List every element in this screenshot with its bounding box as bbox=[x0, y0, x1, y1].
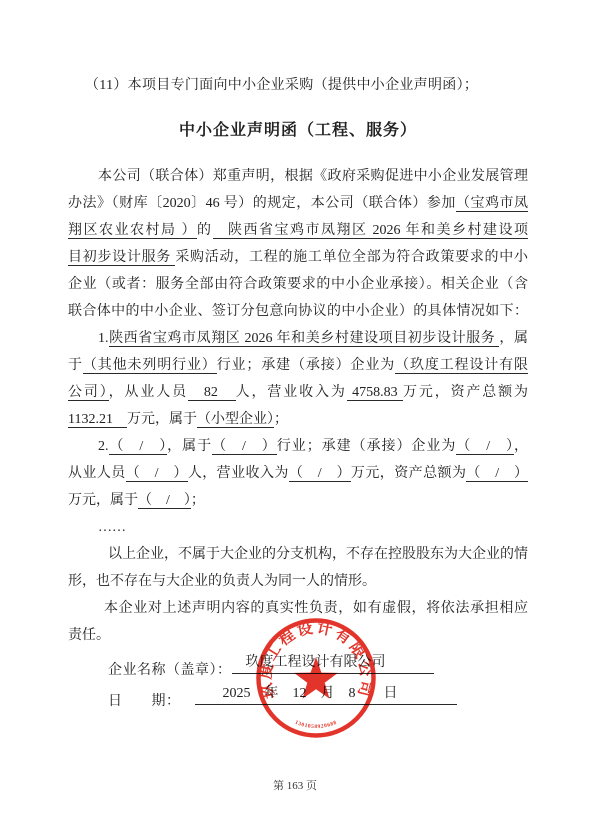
body-line: 办法》（财库〔2020〕46 号）的规定，本公司（联合体）参加（宝鸡市凤 bbox=[68, 190, 528, 217]
text-segment: 万元，资产总额为 bbox=[403, 385, 528, 400]
body-line: 联合体中的中小企业、签订分包意向协议的中小企业）的具体情况如下： bbox=[68, 298, 528, 325]
text-segment: 行业；承建（承接）企业为 bbox=[217, 358, 395, 373]
underlined-segment: 目初步设计服务 bbox=[68, 250, 175, 266]
body-line: 1.陕西省宝鸡市凤翔区 2026 年和美乡村建设项目初步设计服务 ，属 bbox=[68, 325, 528, 352]
text-segment: 的 bbox=[197, 223, 213, 238]
underlined-segment: （玖度工程设计有限 bbox=[395, 358, 528, 374]
date-label: 日 期： bbox=[108, 694, 181, 709]
text-segment: 本公司（联合体）郑重声明，根据《政府采购促进中小企业发展管理 bbox=[98, 169, 528, 184]
underlined-segment: （其他未列明行业） bbox=[83, 358, 217, 374]
underlined-segment: （ / ） bbox=[109, 439, 168, 455]
underlined-segment: 1132.21 bbox=[68, 412, 127, 428]
text-segment: ，从业人员 bbox=[109, 385, 188, 400]
company-name-value: 玖度工程设计有限公司 bbox=[232, 652, 434, 674]
text-segment: 于 bbox=[68, 358, 83, 373]
underlined-segment: （ / ） bbox=[212, 439, 277, 455]
body-line: 翔区农业农村局 ）的 陕西省宝鸡市凤翔区 2026 年和美乡村建设项 bbox=[68, 217, 528, 244]
seal-number: 1301058920688 bbox=[294, 720, 338, 730]
underlined-segment: （ / ） bbox=[289, 466, 351, 482]
body-line: 以上企业，不属于大企业的分支机构，不存在控股股东为大企业的情 bbox=[68, 541, 528, 568]
body-line: 本公司（联合体）郑重声明，根据《政府采购促进中小企业发展管理 bbox=[68, 163, 528, 190]
document-title: 中小企业声明函（工程、服务） bbox=[68, 120, 528, 142]
text-segment: 联合体中的中小企业、签订分包意向协议的中小企业）的具体情况如下： bbox=[68, 304, 528, 319]
underlined-segment: （ / ） bbox=[466, 466, 528, 482]
body-line: 于（其他未列明行业）行业；承建（承接）企业为（玖度工程设计有限 bbox=[68, 352, 528, 379]
text-segment: 万元，属于 bbox=[68, 493, 138, 508]
text-segment: ，属 bbox=[499, 331, 528, 346]
company-name-label: 企业名称（盖章）： bbox=[108, 663, 232, 678]
body-line: …… bbox=[68, 514, 528, 541]
body-line: 万元，属于（ / ）； bbox=[68, 487, 528, 514]
text-segment: ， bbox=[514, 439, 528, 454]
text-segment: …… bbox=[98, 520, 126, 535]
text-segment: ； bbox=[191, 493, 205, 508]
page-number: 第 163 页 bbox=[0, 777, 590, 793]
text-segment: 人，营业收入为 bbox=[188, 466, 289, 481]
text-segment: 1. bbox=[98, 331, 109, 346]
text-segment: 行业；承建（承接）企业为 bbox=[277, 439, 457, 454]
text-segment: 企业（或者：服务全部由符合政策要求的中小企业承接）。相关企业（含 bbox=[68, 277, 528, 292]
text-segment: 人，营业收入为 bbox=[236, 385, 347, 400]
body-lines: 本公司（联合体）郑重声明，根据《政府采购促进中小企业发展管理办法》（财库〔202… bbox=[68, 163, 528, 649]
text-segment: 2. bbox=[98, 439, 109, 454]
body-line: 目初步设计服务 采购活动，工程的施工单位全部为符合政策要求的中小 bbox=[68, 244, 528, 271]
underlined-segment: （小型企业） bbox=[197, 412, 274, 428]
underlined-segment: 翔区农业农村局 ） bbox=[68, 223, 197, 239]
text-segment: 从业人员 bbox=[68, 466, 126, 481]
svg-text:1301058920688: 1301058920688 bbox=[294, 720, 338, 730]
text-segment: ； bbox=[274, 412, 288, 427]
body-line: 1132.21 万元，属于（小型企业）； bbox=[68, 406, 528, 433]
underlined-segment: （ / ） bbox=[126, 466, 188, 482]
text-segment: 办法》（财库〔2020〕46 号）的规定，本公司（联合体）参加 bbox=[68, 196, 456, 211]
text-segment: 形，也不存在与大企业的负责人为同一人的情形。 bbox=[68, 574, 376, 589]
underlined-segment: （宝鸡市凤 bbox=[456, 196, 528, 212]
company-name-row: 企业名称（盖章）： 玖度工程设计有限公司 bbox=[108, 652, 528, 683]
text-segment: 万元，属于 bbox=[127, 412, 197, 427]
underlined-segment: （ / ） bbox=[456, 439, 514, 455]
body-line: 责任。 bbox=[68, 622, 528, 649]
text-segment: 以上企业，不属于大企业的分支机构，不存在控股股东为大企业的情 bbox=[108, 547, 528, 562]
body-line: 本企业对上述声明内容的真实性负责，如有虚假，将依法承担相应 bbox=[68, 595, 528, 622]
text-segment: 采购活动，工程的施工单位全部为符合政策要求的中小 bbox=[175, 250, 528, 265]
underlined-segment: 公司） bbox=[68, 385, 109, 401]
date-value: 2025 年 12 月 8 日 bbox=[195, 683, 457, 705]
text-segment: 本企业对上述声明内容的真实性负责，如有虚假，将依法承担相应 bbox=[104, 601, 528, 616]
body-line: 从业人员（ / ）人，营业收入为（ / ）万元，资产总额为（ / ） bbox=[68, 460, 528, 487]
body-line: 公司），从业人员 82 人，营业收入为 4758.83 万元，资产总额为 bbox=[68, 379, 528, 406]
body-line: 企业（或者：服务全部由符合政策要求的中小企业承接）。相关企业（含 bbox=[68, 271, 528, 298]
body-line: 2.（ / ），属于（ / ）行业；承建（承接）企业为（ / ）， bbox=[68, 433, 528, 460]
underlined-segment: 陕西省宝鸡市凤翔区 2026 年和美乡村建设项 bbox=[213, 223, 529, 239]
intro-line: （11）本项目专门面向中小企业采购（提供中小企业声明函）； bbox=[68, 76, 528, 96]
underlined-segment: （ / ） bbox=[138, 493, 191, 509]
text-segment: 责任。 bbox=[68, 628, 110, 643]
body-line: 形，也不存在与大企业的负责人为同一人的情形。 bbox=[68, 568, 528, 595]
underlined-segment: 82 bbox=[188, 385, 236, 401]
document-page: （11）本项目专门面向中小企业采购（提供中小企业声明函）； 中小企业声明函（工程… bbox=[0, 0, 590, 821]
date-row: 日 期： 2025 年 12 月 8 日 bbox=[108, 683, 528, 714]
signature-block: 企业名称（盖章）： 玖度工程设计有限公司 日 期： 2025 年 12 月 8 … bbox=[108, 652, 528, 714]
document-content: （11）本项目专门面向中小企业采购（提供中小企业声明函）； 中小企业声明函（工程… bbox=[68, 0, 528, 714]
text-segment: ，属于 bbox=[167, 439, 212, 454]
underlined-segment: 陕西省宝鸡市凤翔区 2026 年和美乡村建设项目初步设计服务 bbox=[109, 331, 500, 347]
underlined-segment: 4758.83 bbox=[347, 385, 403, 401]
text-segment: 万元，资产总额为 bbox=[351, 466, 466, 481]
